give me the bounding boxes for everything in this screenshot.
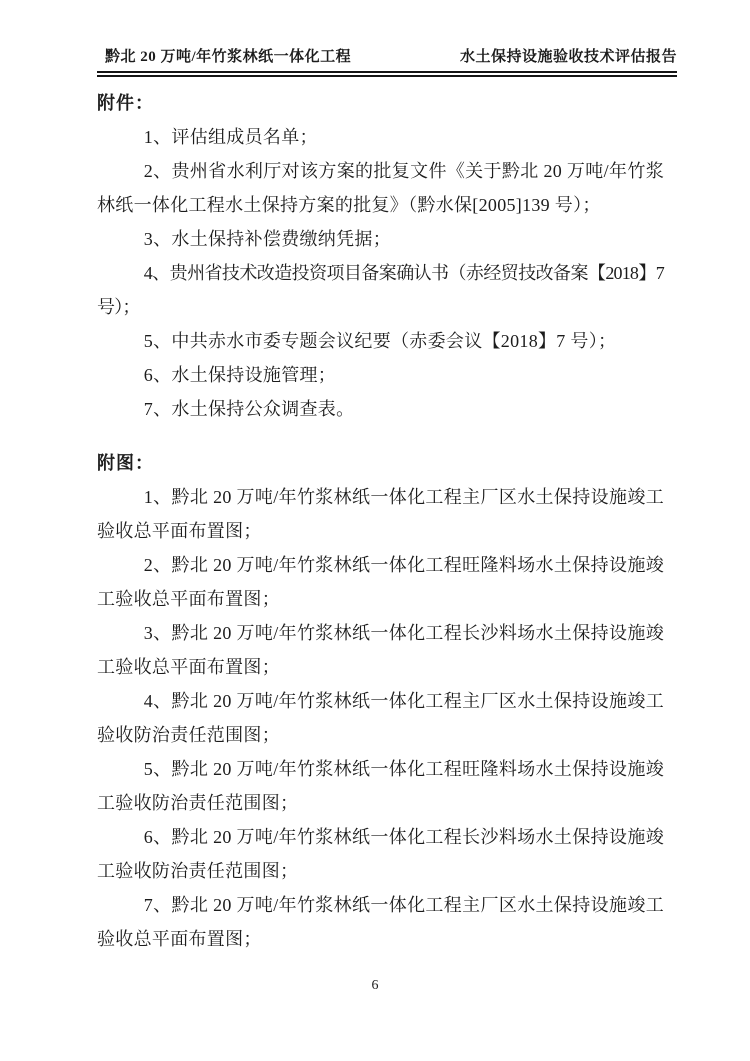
figure-item-7: 7、黔北 20 万吨/年竹浆林纸一体化工程主厂区水土保持设施竣工验收总平面布置图… — [97, 888, 664, 956]
header-double-rule — [97, 71, 677, 77]
figure-item-6: 6、黔北 20 万吨/年竹浆林纸一体化工程长沙料场水土保持设施竣工验收防治责任范… — [97, 820, 664, 888]
figures-heading: 附图： — [97, 446, 664, 480]
figure-item-1: 1、黔北 20 万吨/年竹浆林纸一体化工程主厂区水土保持设施竣工验收总平面布置图… — [97, 480, 664, 548]
attachment-item-3: 3、水土保持补偿费缴纳凭据； — [97, 222, 664, 256]
attachment-item-4: 4、贵州省技术改造投资项目备案确认书（赤经贸技改备案【2018】7 号）； — [97, 256, 664, 324]
attachment-item-7: 7、水土保持公众调查表。 — [97, 392, 664, 426]
attachments-heading: 附件： — [97, 86, 664, 120]
header-left-title: 黔北 20 万吨/年竹浆林纸一体化工程 — [105, 45, 351, 66]
figure-item-2: 2、黔北 20 万吨/年竹浆林纸一体化工程旺隆料场水土保持设施竣工验收总平面布置… — [97, 548, 664, 616]
attachment-item-5: 5、中共赤水市委专题会议纪要（赤委会议【2018】7 号）； — [97, 324, 664, 358]
attachment-item-2: 2、贵州省水利厅对该方案的批复文件《关于黔北 20 万吨/年竹浆林纸一体化工程水… — [97, 154, 664, 222]
figure-item-5: 5、黔北 20 万吨/年竹浆林纸一体化工程旺隆料场水土保持设施竣工验收防治责任范… — [97, 752, 664, 820]
running-head: 黔北 20 万吨/年竹浆林纸一体化工程 水土保持设施验收技术评估报告 — [97, 45, 677, 66]
figure-item-4: 4、黔北 20 万吨/年竹浆林纸一体化工程主厂区水土保持设施竣工验收防治责任范围… — [97, 684, 664, 752]
page-header: 黔北 20 万吨/年竹浆林纸一体化工程 水土保持设施验收技术评估报告 — [97, 45, 677, 77]
attachment-item-6: 6、水土保持设施管理； — [97, 358, 664, 392]
attachment-item-1: 1、评估组成员名单； — [97, 120, 664, 154]
figure-item-3: 3、黔北 20 万吨/年竹浆林纸一体化工程长沙料场水土保持设施竣工验收总平面布置… — [97, 616, 664, 684]
header-right-title: 水土保持设施验收技术评估报告 — [460, 45, 677, 66]
page-footer: 6 — [0, 978, 750, 994]
page-number: 6 — [372, 978, 379, 993]
document-body: 附件： 1、评估组成员名单； 2、贵州省水利厅对该方案的批复文件《关于黔北 20… — [97, 86, 664, 956]
document-page: 黔北 20 万吨/年竹浆林纸一体化工程 水土保持设施验收技术评估报告 附件： 1… — [0, 0, 750, 1061]
